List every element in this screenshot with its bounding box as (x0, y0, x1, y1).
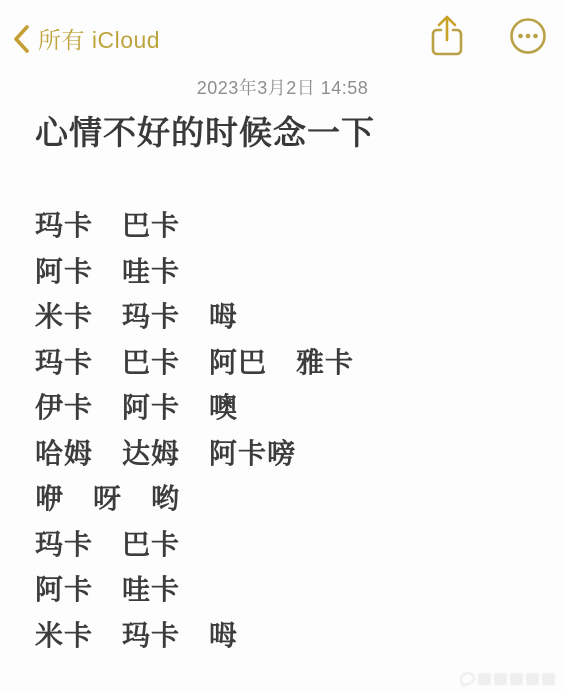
back-button-label: 所有 iCloud (38, 22, 160, 55)
chevron-left-icon (12, 24, 30, 54)
note-title[interactable]: 心情不好的时候念一下 (35, 107, 535, 154)
note-date: 2023年3月2日 14:58 (0, 74, 565, 100)
note-line: 咿 呀 哟 (35, 476, 545, 522)
watermark-glyph (478, 673, 491, 685)
note-line: 米卡 玛卡 呣 (35, 613, 545, 659)
note-line: 玛卡 巴卡 (35, 203, 545, 249)
share-icon (429, 14, 465, 58)
watermark-logo-icon (459, 671, 476, 687)
ellipsis-circle-icon (509, 17, 547, 55)
share-button[interactable] (429, 14, 465, 61)
watermark (460, 672, 555, 685)
note-line: 米卡 玛卡 呣 (35, 294, 545, 340)
navigation-bar: 所有 iCloud (0, 0, 565, 66)
watermark-glyph (494, 673, 507, 685)
back-button[interactable]: 所有 iCloud (12, 22, 160, 55)
note-line: 伊卡 阿卡 噢 (35, 385, 545, 431)
notes-app-screen: 所有 iCloud 2023年3月2日 14:58 心情 (0, 0, 565, 691)
note-line: 阿卡 哇卡 (35, 249, 545, 295)
note-line: 玛卡 巴卡 阿巴 雅卡 (35, 340, 545, 386)
more-button[interactable] (509, 17, 547, 58)
note-line: 玛卡 巴卡 (35, 522, 545, 568)
note-line: 阿卡 哇卡 (35, 567, 545, 613)
nav-actions (429, 14, 547, 61)
watermark-glyph (542, 673, 555, 685)
note-line: 哈姆 达姆 阿卡嗙 (35, 431, 545, 477)
watermark-glyph (526, 673, 539, 685)
watermark-glyph (510, 673, 523, 685)
note-body[interactable]: 玛卡 巴卡阿卡 哇卡米卡 玛卡 呣玛卡 巴卡 阿巴 雅卡伊卡 阿卡 噢哈姆 达姆… (35, 203, 545, 658)
